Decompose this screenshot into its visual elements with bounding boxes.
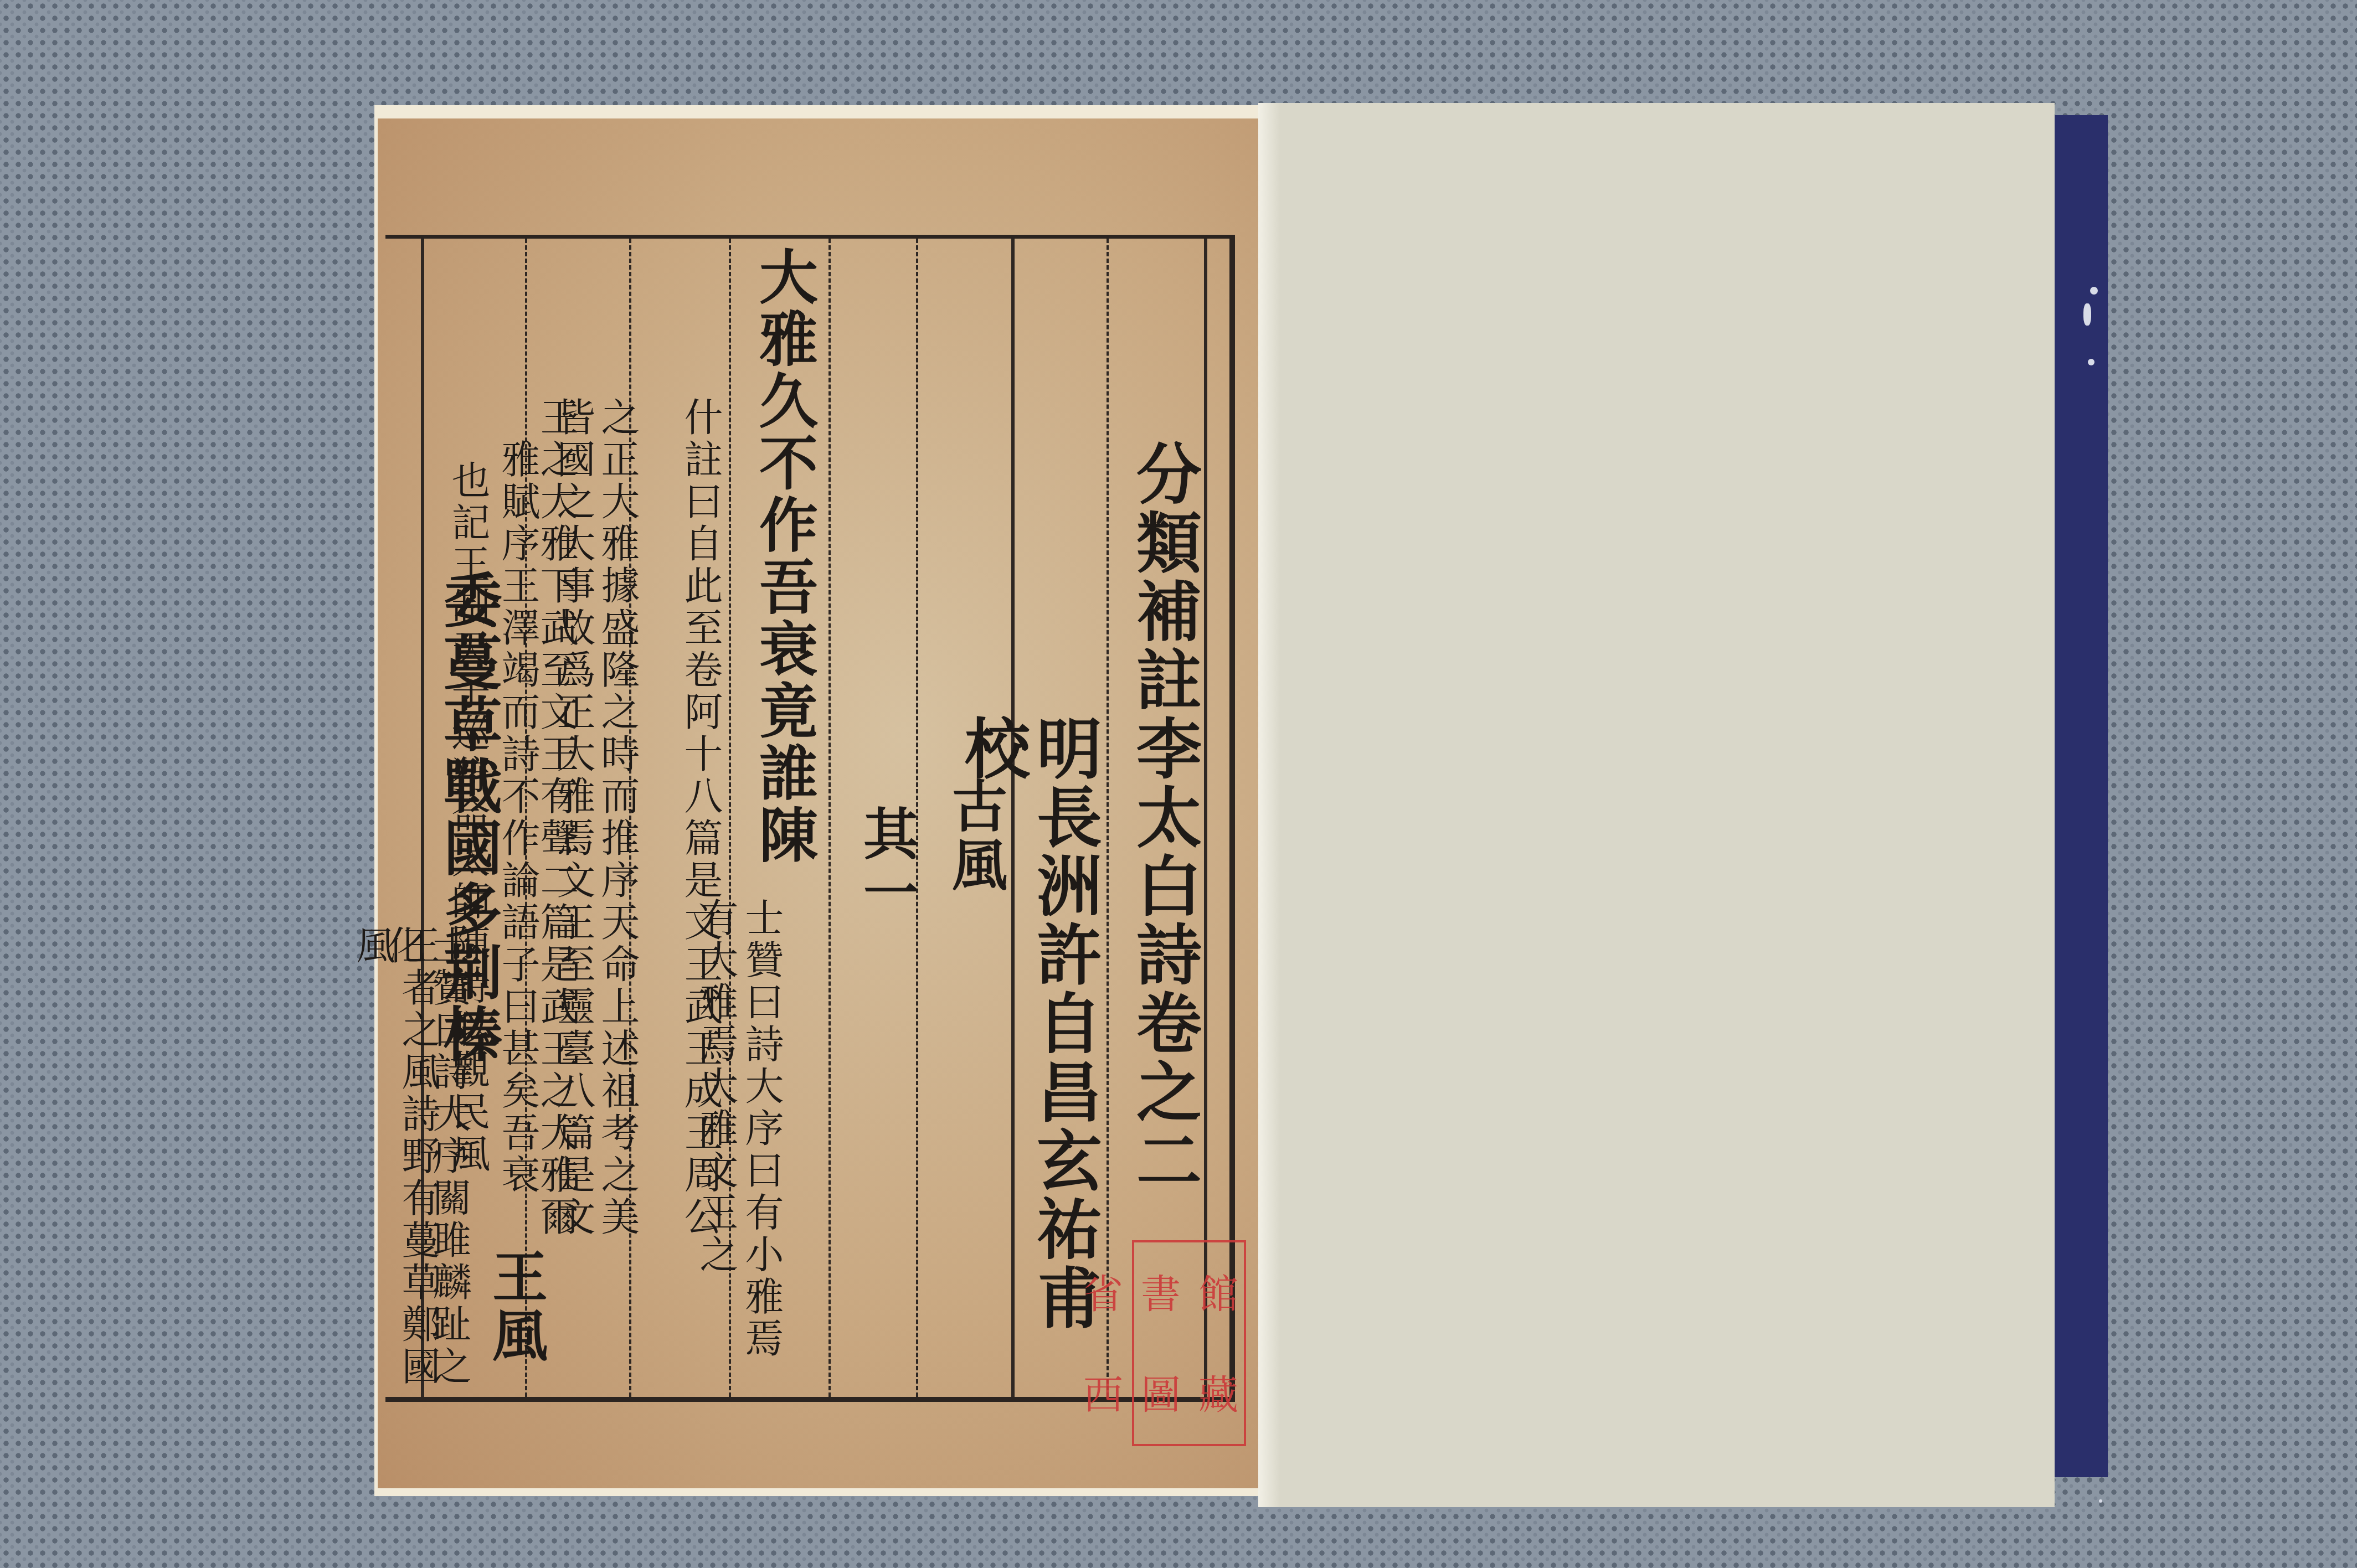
seal-char: 圖 (1129, 1374, 1186, 1414)
section-heading: 古風 (928, 283, 1006, 1389)
poem-line-1: 大雅久不作吾衰竟誰陳 (753, 246, 815, 866)
commentary-2: 什註曰自此至卷阿十八篇是文王武王成王周公 (646, 246, 723, 1389)
open-book: 分類補註李太白詩卷之二 明長洲許自昌玄祐甫校 古風 其一 大雅久不作吾衰竟誰陳 … (0, 0, 2357, 1568)
paint-fleck (2088, 359, 2094, 365)
red-collector-seal: 館 藏 書 圖 省 西 (1132, 1240, 1246, 1446)
column-rule (828, 239, 831, 1397)
commentary-1: 士贊曰詩大序曰有小雅焉有大雅焉大雅文王之 (740, 898, 784, 1389)
column-rule (1204, 239, 1207, 1397)
commentary-8: 士贊曰詩大序關雎麟趾之化 (439, 925, 472, 1389)
seal-char: 西 (1071, 1374, 1129, 1414)
poem-number: 其一 (840, 338, 917, 1389)
printed-frame: 分類補註李太白詩卷之二 明長洲許自昌玄祐甫校 古風 其一 大雅久不作吾衰竟誰陳 … (385, 235, 1235, 1402)
paint-fleck (2099, 1499, 2102, 1503)
commentary-9: 王者之風詩野有蔓草鄭國風 (408, 925, 441, 1389)
seal-char: 藏 (1186, 1374, 1244, 1414)
volume-title: 分類補註李太白詩卷之二 (1122, 246, 1200, 1389)
gutter-shadow (1258, 103, 1280, 1507)
commentary-3: 之正大雅據盛隆之時而推序天命上述祖考之美 (596, 246, 640, 1389)
column-rule (1107, 239, 1109, 1397)
blue-cover-edge (2055, 115, 2108, 1477)
paint-fleck (2090, 287, 2098, 295)
seal-char: 書 (1129, 1273, 1186, 1313)
seal-char: 省 (1071, 1273, 1129, 1313)
commentary-5: 王之大雅下武至文王有聲二篇是武王之大雅爾 (535, 246, 579, 1389)
paint-fleck (2083, 303, 2091, 326)
seal-char: 館 (1186, 1273, 1244, 1313)
right-blank-page (1258, 103, 2055, 1507)
